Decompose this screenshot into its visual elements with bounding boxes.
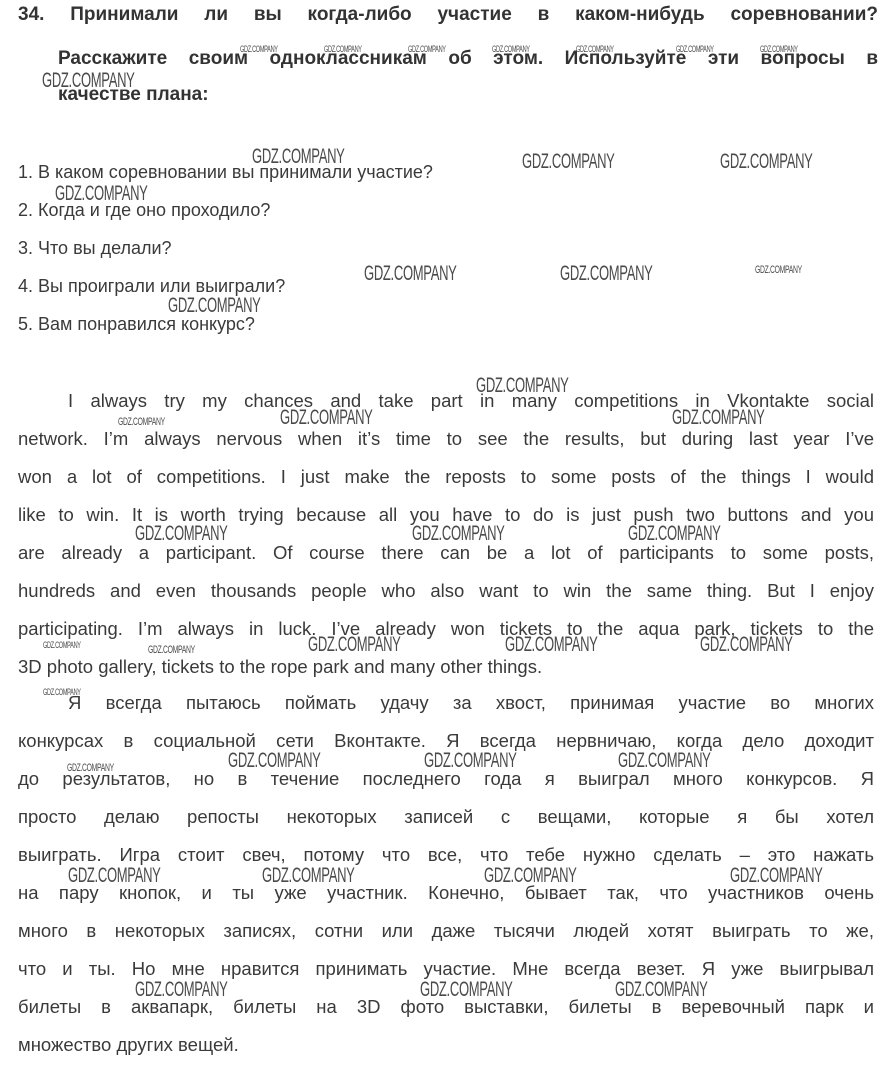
paragraph-line: participating. I’m always in luck. I’ve … — [18, 618, 874, 640]
paragraph-line: hundreds and even thousands people who a… — [18, 580, 874, 602]
question-item: 2. Когда и где оно проходило? — [18, 200, 270, 221]
watermark: GDZ.COMPANY — [43, 640, 81, 650]
heading-line-3: качестве плана: — [18, 84, 878, 106]
question-item: 1. В каком соревновании вы принимали уча… — [18, 162, 433, 183]
document-page: 34. Принимали ли вы когда-либо участие в… — [0, 0, 888, 1067]
paragraph-line: до результатов, но в течение последнего … — [18, 768, 874, 790]
watermark: GDZ.COMPANY — [522, 150, 615, 174]
paragraph-line: are already a participant. Of course the… — [18, 542, 874, 564]
watermark: GDZ.COMPANY — [720, 150, 813, 174]
paragraph-line: выиграть. Игра стоит свеч, потому что вс… — [18, 844, 874, 866]
paragraph-line: билеты в аквапарк, билеты на 3D фото выс… — [18, 996, 874, 1018]
paragraph-line: конкурсах в социальной сети Вконтакте. Я… — [18, 730, 874, 752]
question-item: 4. Вы проиграли или выиграли? — [18, 276, 285, 297]
watermark: GDZ.COMPANY — [755, 264, 802, 276]
paragraph-line: won a lot of competitions. I just make t… — [18, 466, 874, 488]
heading-line-2: Расскажите своим одноклассникам об этом.… — [18, 48, 878, 70]
paragraph-line: на пару кнопок, и ты уже участник. Конеч… — [18, 882, 874, 904]
watermark: GDZ.COMPANY — [560, 262, 653, 286]
paragraph-line: network. I’m always nervous when it’s ti… — [18, 428, 874, 450]
paragraph-line: 3D photo gallery, tickets to the rope pa… — [18, 656, 874, 678]
paragraph-line: много в некоторых записях, сотни или даж… — [18, 920, 874, 942]
heading-line-1: 34. Принимали ли вы когда-либо участие в… — [18, 4, 878, 26]
paragraph-line: множество других вещей. — [18, 1034, 874, 1056]
question-item: 3. Что вы делали? — [18, 238, 172, 259]
paragraph-line: просто делаю репосты некоторых записей с… — [18, 806, 874, 828]
paragraph-line: Я всегда пытаюсь поймать удачу за хвост,… — [68, 692, 874, 714]
paragraph-line: like to win. It is worth trying because … — [18, 504, 874, 526]
paragraph-line: I always try my chances and take part in… — [68, 390, 874, 412]
question-item: 5. Вам понравился конкурс? — [18, 314, 255, 335]
exercise-heading: 34. Принимали ли вы когда-либо участие в… — [18, 4, 878, 106]
paragraph-line: что и ты. Но мне нравится принимать учас… — [18, 958, 874, 980]
watermark: GDZ.COMPANY — [364, 262, 457, 286]
watermark: GDZ.COMPANY — [148, 644, 195, 656]
watermark: GDZ.COMPANY — [118, 416, 165, 428]
